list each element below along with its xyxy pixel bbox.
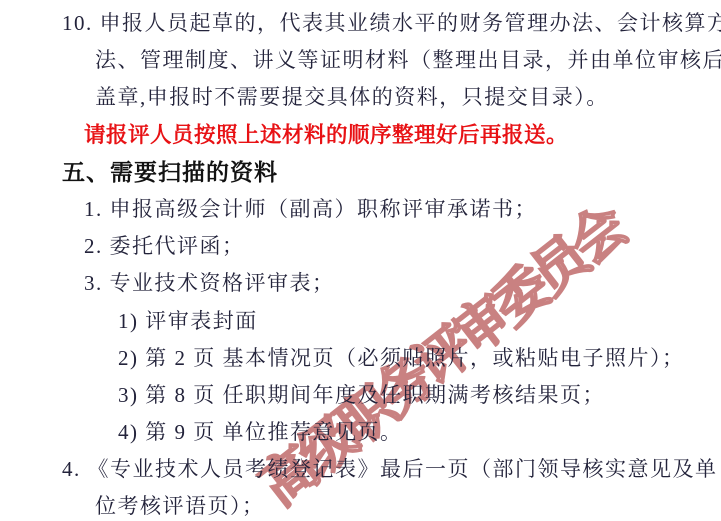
section-5-heading: 五、需要扫描的资料 — [0, 154, 721, 191]
item-10-line-3: 盖章,申报时不需要提交具体的资料，只提交目录）。 — [0, 79, 721, 116]
item-10-line-2: 法、管理制度、讲义等证明材料（整理出目录，并由单位审核后 — [0, 42, 721, 79]
scan-item-3-sub-3: 3) 第 8 页 任职期间年度及任职期满考核结果页； — [0, 377, 721, 414]
scan-item-3-sub-1: 1) 评审表封面 — [0, 303, 721, 340]
document-page: 高级职务评审委员会 10. 申报人员起草的，代表其业绩水平的财务管理办法、会计核… — [0, 0, 721, 521]
scan-item-1: 1. 申报高级会计师（副高）职称评审承诺书； — [0, 191, 721, 228]
scan-item-3: 3. 专业技术资格评审表； — [0, 265, 721, 302]
scan-item-3-sub-2: 2) 第 2 页 基本情况页（必须贴照片，或粘贴电子照片）； — [0, 340, 721, 377]
scan-item-2: 2. 委托代评函； — [0, 228, 721, 265]
document-content: 10. 申报人员起草的，代表其业绩水平的财务管理办法、会计核算方 法、管理制度、… — [0, 0, 721, 521]
red-notice-line: 请报评人员按照上述材料的顺序整理好后再报送。 — [0, 117, 721, 154]
scan-item-4-line-1: 4. 《专业技术人员考绩登记表》最后一页（部门领导核实意见及单 — [0, 451, 721, 488]
scan-item-3-sub-4: 4) 第 9 页 单位推荐意见页。 — [0, 414, 721, 451]
scan-item-4-line-2: 位考核评语页）； — [0, 488, 721, 521]
item-10-line-1: 10. 申报人员起草的，代表其业绩水平的财务管理办法、会计核算方 — [0, 5, 721, 42]
